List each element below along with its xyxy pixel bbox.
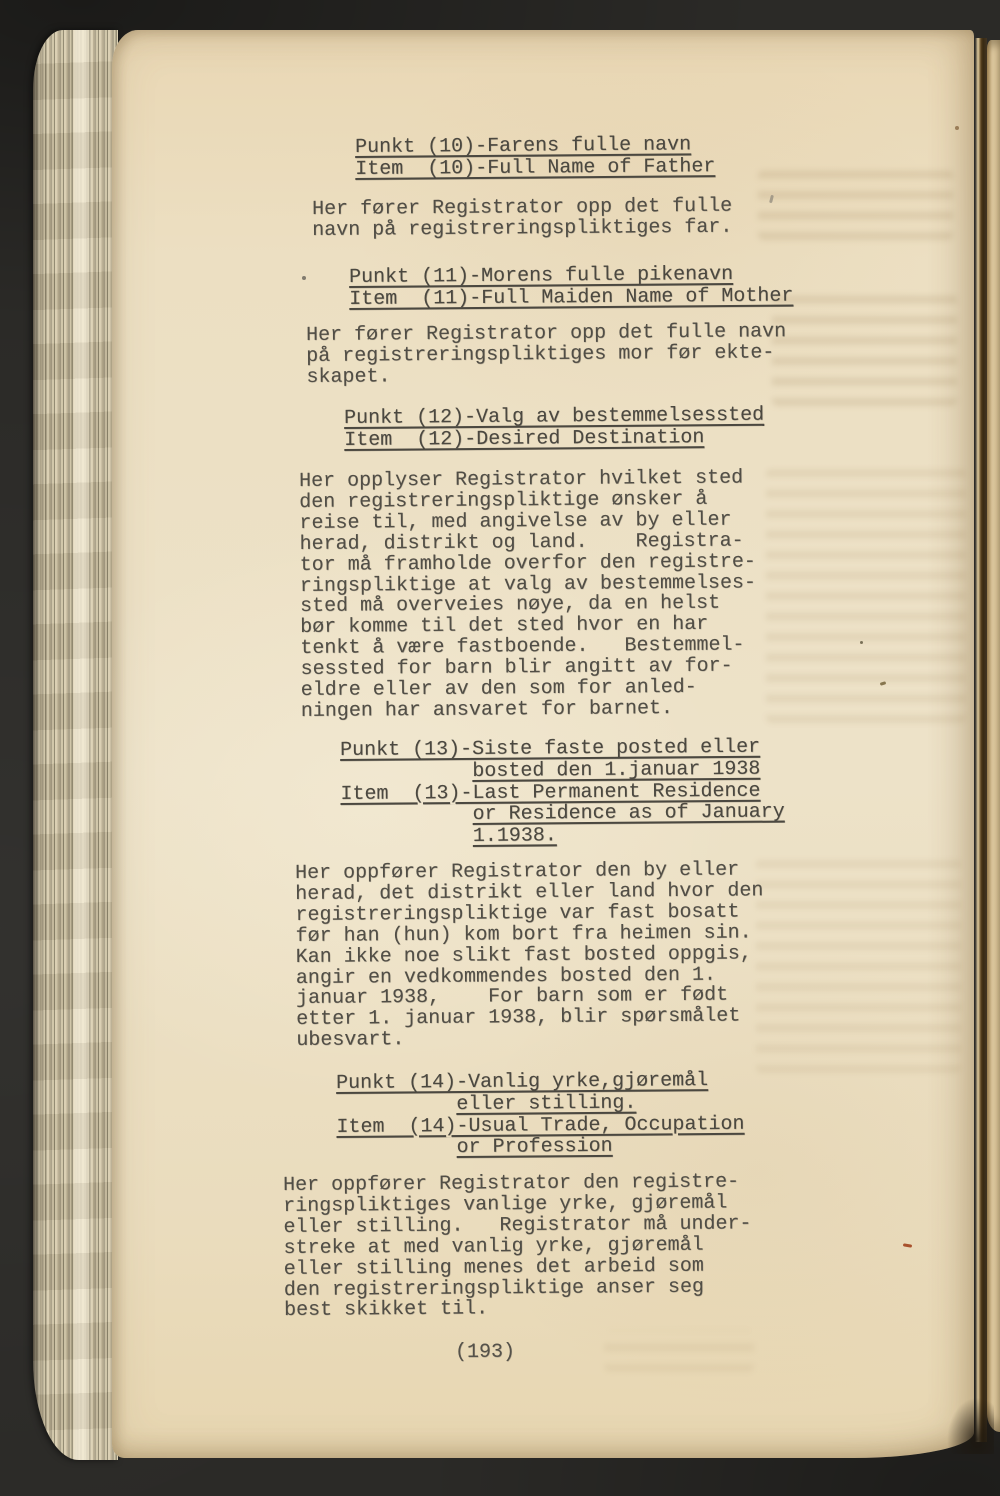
heading-pad bbox=[337, 1136, 457, 1160]
heading-line: Punkt (14)-Vanlig yrke,gjøremål bbox=[336, 1070, 744, 1095]
heading-text: Item (11)-Full Maiden Name of Mother bbox=[349, 284, 793, 310]
heading-text: or Profession bbox=[457, 1135, 613, 1159]
heading-text: eller stilling. bbox=[456, 1091, 636, 1115]
scanned-book-photograph: { "page": { "number": "(193)" }, "sectio… bbox=[0, 0, 1000, 1496]
section-punkt-12-heading: Punkt (12)-Valg av bestemmelsessted Item… bbox=[344, 405, 764, 452]
section-punkt-14-paragraph: Her oppfører Registrator den registre- r… bbox=[283, 1172, 752, 1322]
heading-pad bbox=[336, 1093, 456, 1117]
section-punkt-14-heading: Punkt (14)-Vanlig yrke,gjøremål eller st… bbox=[336, 1070, 745, 1160]
section-punkt-13-heading: Punkt (13)-Siste faste posted eller bost… bbox=[340, 737, 785, 849]
section-punkt-11-heading: Punkt (11)-Morens fulle pikenavn Item (1… bbox=[349, 264, 793, 311]
heading-line: Item (12)-Desired Destination bbox=[344, 426, 764, 451]
typewritten-content: Punkt (10)-Farens fulle navn Item (10)-F… bbox=[0, 0, 1000, 1496]
heading-pad bbox=[341, 803, 473, 827]
section-punkt-10-heading: Punkt (10)-Farens fulle navn Item (10)-F… bbox=[355, 134, 715, 180]
heading-text: Item (10)-Full Name of Father bbox=[355, 155, 715, 181]
heading-text: Item (12)-Desired Destination bbox=[344, 426, 704, 452]
section-punkt-11-paragraph: Her fører Registrator opp det fulle navn… bbox=[306, 322, 787, 388]
heading-text: or Residence as of January bbox=[473, 801, 785, 826]
heading-text: Punkt (14)-Vanlig yrke,gjøremål bbox=[336, 1069, 708, 1095]
heading-line: or Residence as of January bbox=[341, 802, 785, 827]
heading-line: Item (14)-Usual Trade, Occupation bbox=[336, 1113, 744, 1138]
heading-line: 1.1938. bbox=[341, 824, 785, 849]
heading-text: 1.1938. bbox=[473, 824, 557, 848]
heading-text: Item (14)-Usual Trade, Occupation bbox=[336, 1112, 744, 1138]
heading-pad bbox=[341, 825, 473, 849]
heading-pad bbox=[340, 760, 472, 784]
heading-line: Item (11)-Full Maiden Name of Mother bbox=[349, 285, 793, 310]
heading-line: or Profession bbox=[337, 1135, 745, 1160]
heading-line: Item (10)-Full Name of Father bbox=[355, 156, 715, 181]
section-punkt-10-paragraph: Her fører Registrator opp det fulle navn… bbox=[312, 197, 732, 242]
section-punkt-12-paragraph: Her opplyser Registrator hvilket sted de… bbox=[299, 468, 757, 722]
section-punkt-13-paragraph: Her oppfører Registrator den by eller he… bbox=[295, 860, 765, 1052]
page-number: (193) bbox=[455, 1341, 515, 1364]
